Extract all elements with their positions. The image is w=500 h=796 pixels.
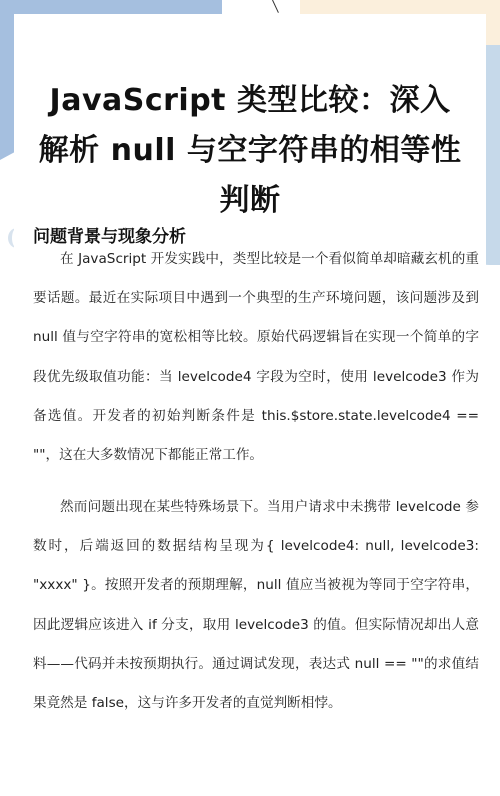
paragraph-1: 在 JavaScript 开发实践中，类型比较是一个看似简单却暗藏玄机的重要话题…	[33, 240, 479, 475]
document-card: JavaScript 类型比较：深入解析 null 与空字符串的相等性判断 问题…	[14, 14, 486, 796]
decorative-line	[272, 0, 279, 13]
page-title: JavaScript 类型比较：深入解析 null 与空字符串的相等性判断	[38, 76, 462, 226]
paragraph-2: 然而问题出现在某些特殊场景下。当用户请求中未携带 levelcode 参数时，后…	[33, 488, 479, 723]
